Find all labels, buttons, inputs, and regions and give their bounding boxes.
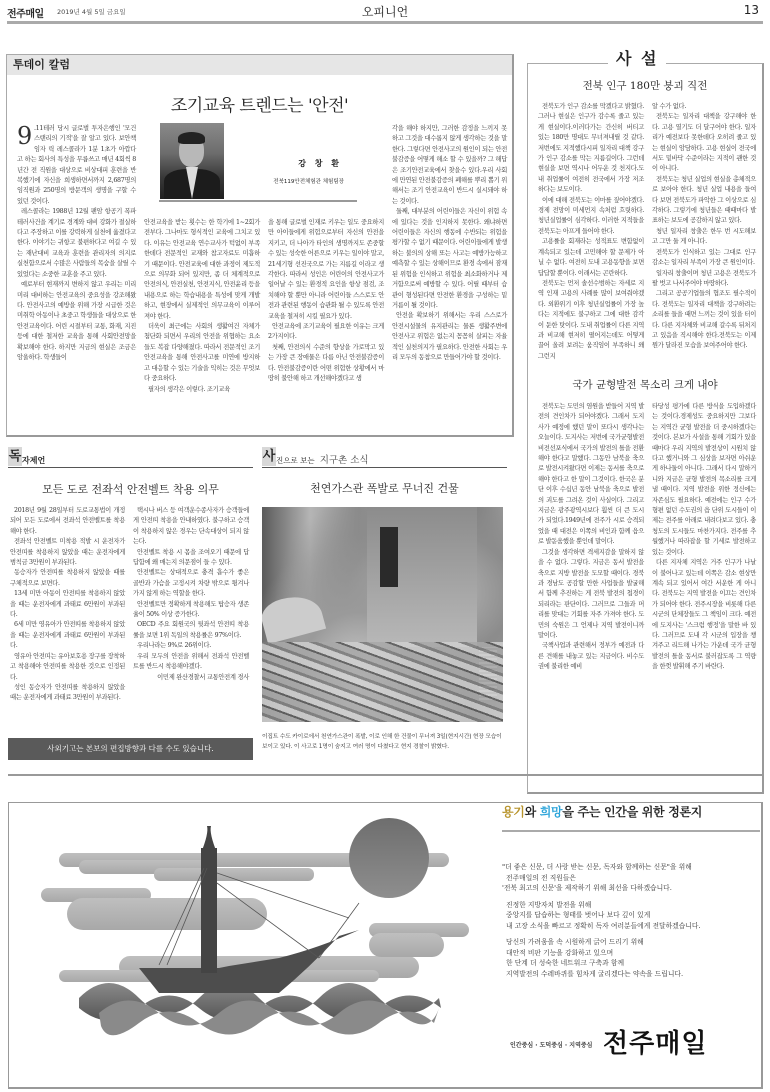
paragraph: 전북도가 인구 감소를 막겠다고 밝혔다.그러나 현실은 인구가 감수록 줄고 … — [538, 102, 644, 196]
paragraph: 동승자가 안전띠를 착용하지 않았을 때를 구체적으로 보면다. — [10, 568, 125, 589]
paragraph: 안전벨트만 정확하게 착용해도 탑승자 생존율이 50% 이상 증가한다. — [133, 600, 249, 621]
editorial-box: 사 설 전북 인구 180만 붕괴 직전 전북도가 인구 감소를 막겠다고 밝혔… — [527, 63, 764, 794]
editorial-2-col-2: 타당성 평가에 다른 방식을 도입하겠다는 것이다.경제성도 중요하지만 그보다… — [652, 402, 756, 673]
paragraph: 전북도는 일자리 대책을 강구해야 한다. 고용 열기도 더 달구어야 한다. … — [652, 112, 756, 174]
paragraph: 더욱이 최근에는 사회의 생활여건 자체가 첨단화 되면서 우리의 안전을 위협… — [144, 322, 260, 384]
slogan-text: 을 주는 인간을 위한 정론지 — [562, 805, 702, 819]
ad-paragraph: "더 좋은 신문, 더 사랑 받는 신문, 독자와 함께하는 신문"을 위해 전… — [502, 862, 701, 894]
ship-illustration — [29, 808, 489, 1048]
disclaimer-banner: 사외기고는 본보의 편집방향과 다를 수도 있습니다. — [8, 738, 253, 760]
today-column: 투데이 칼럼 조기교육 트렌드는 '안전' 9 .11테러 당시 글로벌 투자은… — [6, 54, 514, 437]
paragraph: 13세 미만 아동이 안전띠를 착용하지 않았을 때는 운전자에게 과태료 6만… — [10, 589, 125, 620]
paragraph: 첫째, 안전의식 수준의 향상을 가로막고 있는 가장 큰 장애물은 다름 아닌… — [268, 343, 384, 385]
paragraph: 안전교육에 조기교육이 필요한 이유는 크게 2가지이다. — [268, 322, 384, 343]
author-title: 전북119안전체험관 체험팀장 — [273, 177, 344, 185]
paragraph: 그것을 생각하면 격세지감을 말하지 않을 수 없다. 그렇다. 지금은 동서 … — [538, 548, 644, 642]
header-label: 자제언 — [22, 456, 45, 465]
paragraph: 우리 모두의 안전을 위해서 전좌석 안전벨트를 반드시 착용해야겠다. — [133, 652, 249, 673]
ad-line: '전북 최고의 신문'을 제작하기 위해 최선을 다하겠습니다. — [502, 883, 701, 894]
paragraph: 레스콜라는 1988년 12월 팬암 항공기 폭파 테러사건을 계기로 경계와 … — [17, 207, 136, 280]
ad-slogan: 용기와 희망을 주는 인간을 위한 정론지 — [502, 803, 702, 820]
ad-line: 한 단계 더 성숙한 네트워크 구축과 함께 — [506, 958, 701, 969]
paragraph: 그리고 공공기업들의 협조도 필수적이다. 전북도는 일자리 대책을 강구하려는… — [652, 289, 756, 351]
section-title: 오피니언 — [7, 3, 763, 20]
reader-proposal-title: 모든 도로 전좌석 안전벨트 착용 의무 — [8, 481, 253, 497]
photo-news-title: 천연가스관 폭발로 무너진 건물 — [262, 480, 507, 496]
reader-col-1: 2018년 9월 28일부터 도로교통법이 개정되어 모든 도로에서 전좌석 안… — [10, 506, 125, 704]
paragraph: 국책사업과 관련해서 정부가 예전과 다른 견해를 내놓고 있는 지금이다. 비… — [538, 641, 644, 672]
editorial-1-col-1: 전북도가 인구 감소를 막겠다고 밝혔다.그러나 현실은 인구가 감수록 줄고 … — [538, 102, 644, 362]
slogan-word-hope: 희망 — [540, 805, 563, 819]
paragraph: 필자의 생각은 이렇다. 조기교육 — [144, 385, 260, 395]
header-square-letter: 사 — [262, 447, 276, 466]
paragraph: OECD 주요 회원국의 뒷좌석 안전띠 착용률을 보면 1위 독일의 착용률은… — [133, 620, 249, 641]
ad-line: 진정한 지방자치 발전을 위해 — [506, 900, 701, 911]
author-rule — [159, 200, 357, 202]
reader-proposal-header: 독자제언 — [8, 447, 253, 468]
paragraph: 각을 해야 하지만, 그러한 감정을 느끼지 못하고 그것을 대수롭지 않게 생… — [392, 124, 507, 207]
ad-line: 전주매일의 전 직원들은 — [502, 873, 701, 884]
today-column-title: 조기교육 트렌드는 '안전' — [7, 91, 512, 116]
byline: 이민제 완산경찰서 교통안전계 경사 — [133, 673, 249, 683]
ad-line: "더 좋은 신문, 더 사랑 받는 신문, 독자와 함께하는 신문"을 위해 — [502, 862, 701, 873]
paragraph: 다른 지자체 지역은 거주 인구가 나날이 불어나고 있는데 이쪽은 감소 현상… — [652, 558, 756, 672]
paragraph: 성인 동승자가 안전띠를 착용하지 않았을 때는 운전자에게 과태료 3만원이 … — [10, 683, 125, 704]
header-label-big: 지구촌 소식 — [320, 455, 369, 466]
author-photo — [160, 123, 224, 199]
photo-news-header: 사진으로 보는 지구촌 소식 — [262, 447, 507, 468]
paragraph: 청년 일자리 창출은 한두 번 시도해보고 그만 둘 게 아니다. — [652, 227, 756, 248]
paragraph: 예로부터 현재까지 변하지 않고 우리는 미리미리 대비하는 안전교육의 중요성… — [17, 280, 136, 363]
paragraph: 고용률을 회재라는 성적표도 변함없이 계속되고 있는데 고민해야 할 문제가 … — [538, 237, 644, 279]
paragraph: 전북도는 청년 실업의 현실을 총체적으로 보아야 한다. 청년 실업 내용을 … — [652, 175, 756, 227]
paragraph: 전북도는 먼저 솔선수범하는 자세로 지역 인재 고용의 사례를 많이 보여줘야… — [538, 279, 644, 362]
paragraph: 안전벨트 착용 시 몸을 조여오기 때문에 답답함에 왜 매는지 의문점이 들 … — [133, 548, 249, 569]
paragraph: 전북도는 도민의 염원을 받들어 지역 발전의 견인차가 되어야겠다. 그래서 … — [538, 402, 644, 548]
page-number: 13 — [744, 3, 759, 17]
ad-body: "더 좋은 신문, 더 사랑 받는 신문, 독자와 함께하는 신문"을 위해 전… — [502, 862, 701, 985]
paragraph: 우리나라는 9%로 26위이다. — [133, 641, 249, 651]
editorial-label: 사 설 — [608, 46, 666, 69]
paragraph: 6세 미만 영유아가 안전띠를 착용하지 않았을 때는 운전자에게 과태료 6만… — [10, 620, 125, 651]
ad-line: 중앙지를 답습하는 형태를 벗어나 보다 깊이 있게 — [506, 910, 701, 921]
today-col-1: 9 .11테러 당시 글로벌 투자은행인 '모건스탠리의 기적'을 잘 알고 있… — [17, 124, 136, 363]
ad-paragraph: 진정한 지방자치 발전을 위해 중앙지를 답습하는 형태를 벗어나 보다 깊이 … — [502, 900, 701, 932]
dropcap: 9 — [17, 125, 32, 147]
ad-line: 대안적 비판 기능을 강화하고 있으며 — [506, 948, 701, 959]
paragraph: 2018년 9월 28일부터 도로교통법이 개정되어 모든 도로에서 전좌석 안… — [10, 506, 125, 537]
masthead-rule — [7, 21, 763, 24]
header-square-letter: 독 — [8, 447, 22, 466]
paragraph: 택시나 버스 등 여객운수종사자가 승객들에게 안전띠 착용을 안내하였다. 불… — [133, 506, 249, 548]
header-label-small: 진으로 보는 — [276, 456, 315, 465]
paragraph: 일자리 창출이며 청년 고용은 전북도가 팔 벗고 나서주어야 마땅하다. — [652, 269, 756, 290]
paragraph: 이에 대해 전북도는 이마를 짚어야겠다. 경제 전망이 미세먼지 속처럼 흐릿… — [538, 196, 644, 238]
slogan-word-courage: 용기 — [502, 805, 525, 819]
editorial-1-col-2: 알 수가 없다. 전북도는 일자리 대책을 강구해야 한다. 고용 열기도 더 … — [652, 102, 756, 352]
paragraph: .11테러 당시 글로벌 투자은행인 '모건스탠리의 기적'을 잘 알고 있다.… — [17, 124, 136, 207]
paragraph: 둘째, 대부분의 어린이들은 자신이 위험 속에 있다는 것을 인지하지 못한다… — [392, 207, 507, 311]
slogan-text: 와 — [525, 805, 540, 819]
paragraph: 타당성 평가에 다른 방식을 도입하겠다는 것이다.경제성도 중요하지만 그보다… — [652, 402, 756, 558]
ad-rule — [502, 830, 760, 832]
reader-col-2: 택시나 버스 등 여객운수종사자가 승객들에게 안전띠 착용을 안내하였다. 불… — [133, 506, 249, 683]
ad-line: 지역발전의 수레바퀴를 힘차게 굴리겠다는 약속을 드립니다. — [506, 969, 701, 980]
paragraph: 알 수가 없다. — [652, 102, 756, 112]
paragraph: 안전교육을 받는 횟수는 한 학기에 1~2회가 전부다. 그나마도 형식적인 … — [144, 218, 260, 322]
today-column-label: 투데이 칼럼 — [7, 55, 512, 75]
news-photo — [262, 507, 503, 722]
today-col-2: 안전교육을 받는 횟수는 한 학기에 1~2회가 전부다. 그나마도 형식적인 … — [144, 218, 260, 395]
paragraph: 영유아 안전띠는 유아보호용 장구를 장착하고 착용해야 안전띠를 착용한 것으… — [10, 652, 125, 683]
today-col-4: 각을 해야 하지만, 그러한 감정을 느끼지 못하고 그것을 대수롭지 않게 생… — [392, 124, 507, 363]
editorial-2-col-1: 전북도는 도민의 염원을 받들어 지역 발전의 견인차가 되어야겠다. 그래서 … — [538, 402, 644, 673]
ad-line: 당신의 가려움을 속 시원하게 긁어 드리기 위해 — [506, 937, 701, 948]
newspaper-logo: 전주매일 — [603, 1023, 707, 1060]
editorial-title-1: 전북 인구 180만 붕괴 직전 — [528, 78, 762, 93]
paragraph: 안전을 확보하기 위해서는 우리 스스로가 안전시설물의 유지관리는 물론 생활… — [392, 311, 507, 363]
ad-paragraph: 당신의 가려움을 속 시원하게 긁어 드리기 위해 대안적 비판 기능을 강화하… — [502, 937, 701, 979]
ad-motto: 인간중심 · 도덕중심 · 지역중심 — [510, 1040, 592, 1049]
photo-caption: 이집트 수도 카이로에서 천연가스관이 폭발, 이로 인해 한 건물이 무너져 … — [262, 732, 507, 752]
today-col-3: 을 통해 글로벌 인재로 키우는 일도 중요하지만 아이들에게 위험으로부터 자… — [268, 218, 384, 385]
section-divider — [8, 774, 763, 776]
ad-line: 내 고장 소식을 빠르고 정확히 독자 여러분들에게 전달하겠습니다. — [506, 921, 701, 932]
editorial-title-2: 국가 균형발전 목소리 크게 내야 — [528, 377, 762, 392]
paragraph: 전북도가 인식하고 있는 그대로 인구 감소는 일자리 부족이 가장 큰 원인이… — [652, 248, 756, 269]
paragraph: 전좌석 안전벨트 미착용 적발 시 운전자가 안전띠를 착용하지 않았을 때는 … — [10, 537, 125, 568]
paragraph: 안전벨트는 상대적으로 충격 흡수가 좋은 골반과 가슴을 고정시켜 차량 밖으… — [133, 568, 249, 599]
author-name: 강 창 환 — [298, 158, 342, 169]
paragraph: 을 통해 글로벌 인재로 키우는 일도 중요하지만 아이들에게 위험으로부터 자… — [268, 218, 384, 322]
